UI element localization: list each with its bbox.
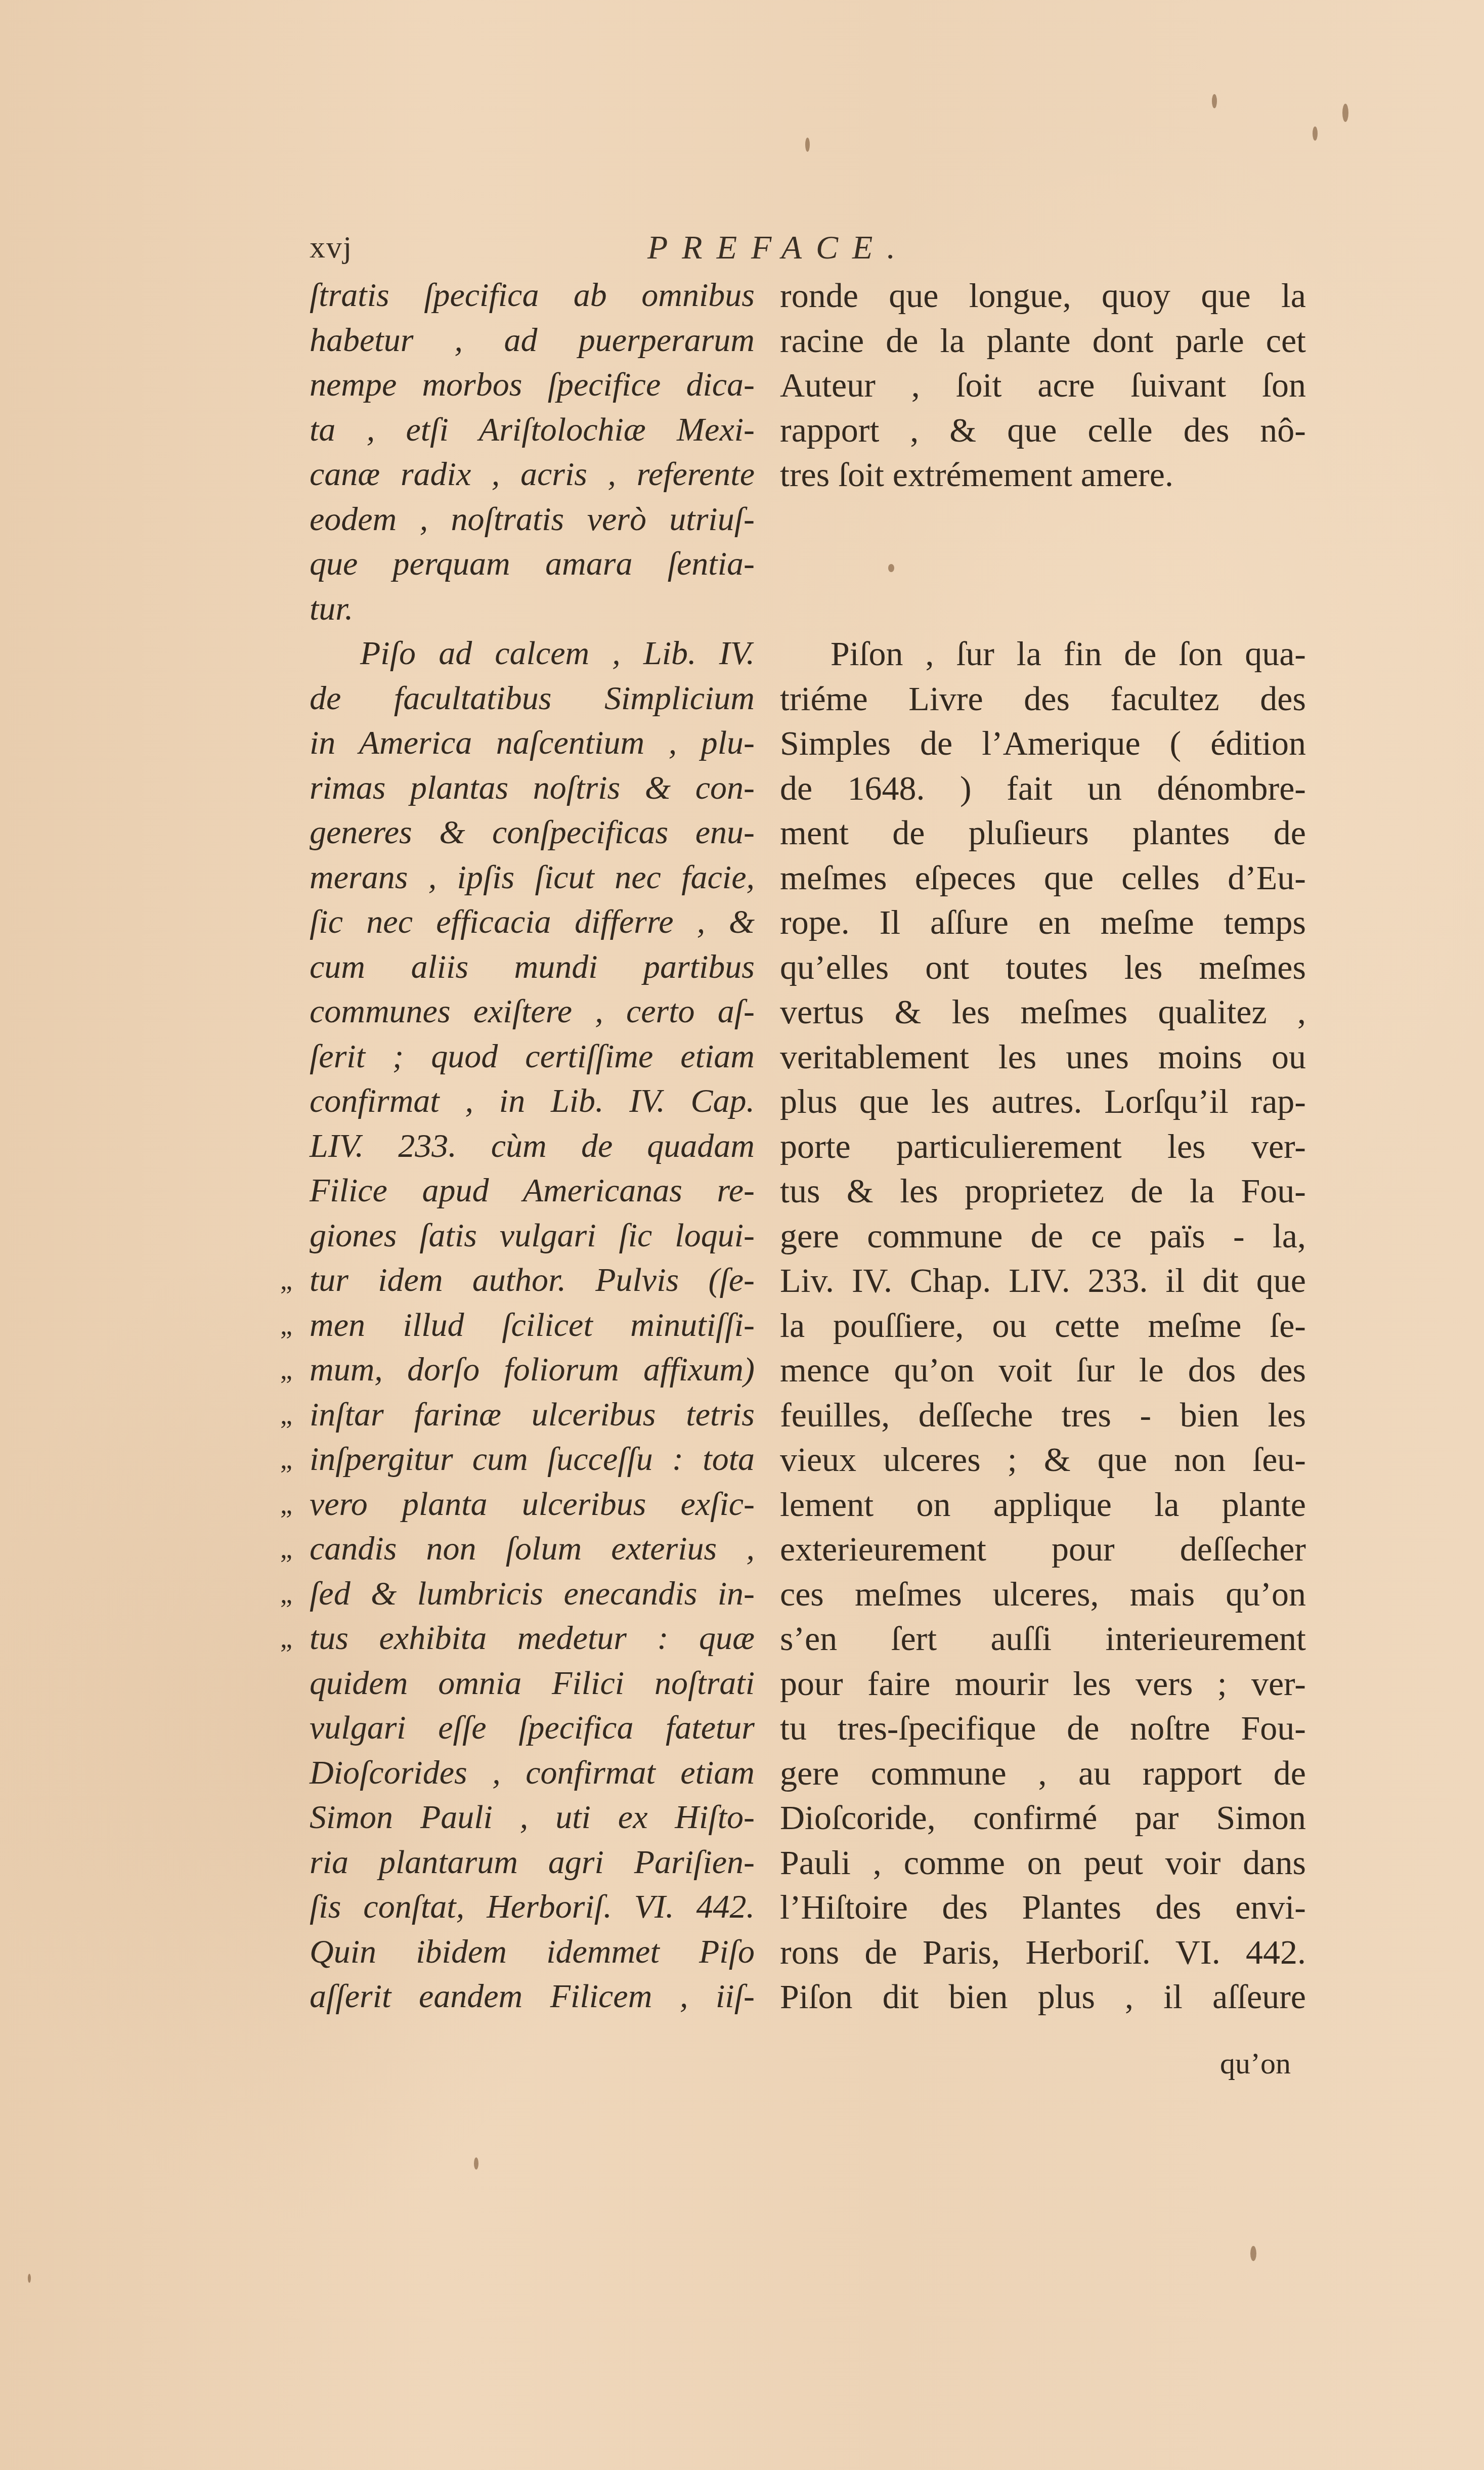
french-text-line: tres ſoit extrémement amere. (780, 452, 1306, 497)
line-text: in America naſcentium , plu- (310, 724, 755, 761)
latin-text-line: habetur , ad puerperarum (310, 318, 755, 363)
foxing-speck (28, 2274, 31, 2283)
latin-text-line: „ſed & lumbricis enecandis in- (310, 1572, 755, 1617)
french-text-line: racine de la plante dont parle cet (780, 318, 1306, 363)
french-text-line: feuilles, deſſeche tres - bien les (780, 1393, 1306, 1438)
line-text: merans , ipſis ſicut nec facie, (310, 859, 755, 896)
line-text: vero planta ulceribus exſic- (310, 1486, 755, 1523)
french-text-line: Piſon , ſur la fin de ſon qua- (780, 631, 1306, 676)
latin-text-line: ſis conſtat, Herboriſ. VI. 442. (310, 1885, 755, 1930)
french-text-line: rons de Paris, Herboriſ. VI. 442. (780, 1930, 1306, 1975)
running-title: PREFACE. (647, 229, 909, 267)
line-text: rimas plantas noſtris & con- (310, 769, 755, 806)
line-text: Simon Pauli , uti ex Hiſto- (310, 1799, 755, 1836)
latin-text-line: aſſerit eandem Filicem , iiſ- (310, 1974, 755, 2019)
line-text: LIV. 233. cùm de quadam (310, 1128, 755, 1164)
latin-text-line: confirmat , in Lib. IV. Cap. (310, 1079, 755, 1124)
latin-text-line: Piſo ad calcem , Lib. IV. (310, 631, 755, 676)
foxing-speck (1250, 2246, 1256, 2261)
french-text-line: ronde que longue, quoy que la (780, 273, 1306, 318)
line-text: ria plantarum agri Pariſien- (310, 1844, 755, 1881)
latin-text-line: Quin ibidem idemmet Piſo (310, 1930, 755, 1975)
french-text-line: meſmes eſpeces que celles d’Eu- (780, 855, 1306, 900)
line-text: ſic nec efficacia differre , & (310, 903, 755, 940)
latin-text-line: canæ radix , acris , referente (310, 452, 755, 497)
latin-text-line: ſic nec efficacia differre , & (310, 900, 755, 945)
latin-text-line: quidem omnia Filici noſtrati (310, 1661, 755, 1706)
line-text: ſtratis ſpecifica ab omnibus (310, 277, 755, 314)
french-text-line: tus & les proprietez de la Fou- (780, 1168, 1306, 1214)
latin-text-line: „inſpergitur cum ſucceſſu : tota (310, 1437, 755, 1482)
line-text: tus exhibita medetur : quæ (310, 1620, 755, 1657)
french-text-line: veritablement les unes moins ou (780, 1034, 1306, 1079)
latin-text-line: „tur idem author. Pulvis (ſe- (310, 1258, 755, 1303)
french-text-line: de 1648. ) fait un dénombre- (780, 766, 1306, 811)
latin-text-line: LIV. 233. cùm de quadam (310, 1124, 755, 1169)
french-text-line: Simples de l’Amerique ( édition (780, 721, 1306, 766)
latin-text-line: ſtratis ſpecifica ab omnibus (310, 273, 755, 318)
latin-text-line: communes exiſtere , certo aſ- (310, 989, 755, 1034)
quotation-mark: „ (280, 1437, 292, 1482)
quotation-mark: „ (280, 1348, 292, 1393)
french-text-line: exterieurement pour deſſecher (780, 1527, 1306, 1572)
foxing-speck (1313, 126, 1318, 141)
latin-text-line: ſerit ; quod certiſſime etiam (310, 1034, 755, 1079)
latin-text-line: de facultatibus Simplicium (310, 676, 755, 721)
latin-column: ſtratis ſpecifica ab omnibushabetur , ad… (310, 273, 755, 2019)
quotation-mark: „ (280, 1482, 292, 1527)
latin-text-line: „tus exhibita medetur : quæ (310, 1616, 755, 1661)
latin-text-line: „mum, dorſo foliorum affixum) (310, 1348, 755, 1393)
latin-text-line: rimas plantas noſtris & con- (310, 766, 755, 811)
french-text-line: porte particulierement les ver- (780, 1124, 1306, 1169)
french-text-line: vieux ulceres ; & que non ſeu- (780, 1437, 1306, 1482)
french-text-line: ment de pluſieurs plantes de (780, 810, 1306, 855)
french-text-line: vertus & les meſmes qualitez , (780, 989, 1306, 1034)
latin-text-line: merans , ipſis ſicut nec facie, (310, 855, 755, 900)
latin-text-line: „vero planta ulceribus exſic- (310, 1482, 755, 1527)
line-text: ſis conſtat, Herboriſ. VI. 442. (310, 1888, 755, 1925)
line-text: candis non ſolum exterius , (310, 1530, 755, 1567)
book-page: xvj PREFACE. ſtratis ſpecifica ab omnibu… (0, 0, 1484, 2470)
line-text: aſſerit eandem Filicem , iiſ- (310, 1978, 755, 2015)
french-text-line: gere commune de ce païs - la, (780, 1214, 1306, 1259)
line-text: Quin ibidem idemmet Piſo (310, 1933, 755, 1970)
line-text: quidem omnia Filici noſtrati (310, 1665, 755, 1702)
latin-text-line: Filice apud Americanas re- (310, 1168, 755, 1214)
latin-text-line: generes & conſpecificas enu- (310, 810, 755, 855)
line-text: canæ radix , acris , referente (310, 456, 755, 493)
french-text-line: triéme Livre des facultez des (780, 676, 1306, 721)
latin-text-line: „inſtar farinæ ulceribus tetris (310, 1393, 755, 1438)
line-text: eodem , noſtratis verò utriuſ- (310, 501, 755, 538)
line-text: men illud ſcilicet minutiſſi- (310, 1307, 755, 1344)
line-text: tur idem author. Pulvis (ſe- (310, 1262, 755, 1298)
line-text: de facultatibus Simplicium (310, 680, 755, 717)
french-text-line: lement on applique la plante (780, 1482, 1306, 1527)
french-text-line: gere commune , au rapport de (780, 1751, 1306, 1796)
line-text: inſpergitur cum ſucceſſu : tota (310, 1441, 755, 1478)
french-text-line: pour faire mourir les vers ; ver- (780, 1661, 1306, 1706)
quotation-mark: „ (280, 1393, 292, 1438)
french-text-line: qu’elles ont toutes les meſmes (780, 945, 1306, 990)
line-text: Dioſcorides , confirmat etiam (310, 1754, 755, 1791)
paragraph-gap (780, 542, 1306, 587)
paragraph-gap (780, 497, 1306, 542)
foxing-speck (474, 2157, 478, 2170)
line-text: Filice apud Americanas re- (310, 1172, 755, 1209)
latin-text-line: Simon Pauli , uti ex Hiſto- (310, 1795, 755, 1840)
french-text-line: tu tres-ſpecifique de noſtre Fou- (780, 1706, 1306, 1751)
line-text: cum aliis mundi partibus (310, 948, 755, 985)
quotation-mark: „ (280, 1572, 292, 1617)
page-header: xvj PREFACE. (310, 229, 1311, 269)
quotation-mark: „ (280, 1303, 292, 1348)
french-text-line: Piſon dit bien plus , il aſſeure (780, 1974, 1306, 2019)
catchword: qu’on (1220, 2046, 1291, 2081)
french-text-line: plus que les autres. Lorſqu’il rap- (780, 1079, 1306, 1124)
french-column: ronde que longue, quoy que laracine de l… (780, 273, 1306, 2019)
line-text: ta , etſi Ariſtolochiæ Mexi- (310, 411, 755, 448)
line-text: ſerit ; quod certiſſime etiam (310, 1038, 755, 1075)
french-text-line: Dioſcoride, confirmé par Simon (780, 1795, 1306, 1840)
foxing-speck (805, 138, 810, 152)
latin-text-line: cum aliis mundi partibus (310, 945, 755, 990)
line-text: que perquam amara ſentia- (310, 545, 755, 582)
latin-text-line: in America naſcentium , plu- (310, 721, 755, 766)
french-text-line: Pauli , comme on peut voir dans (780, 1840, 1306, 1885)
line-text: Piſo ad calcem , Lib. IV. (360, 635, 755, 672)
paragraph-gap (780, 587, 1306, 632)
line-text: inſtar farinæ ulceribus tetris (310, 1396, 755, 1433)
latin-text-line: eodem , noſtratis verò utriuſ- (310, 497, 755, 542)
line-text: giones ſatis vulgari ſic loqui- (310, 1217, 755, 1254)
french-text-line: ces meſmes ulceres, mais qu’on (780, 1572, 1306, 1617)
french-text-line: l’Hiſtoire des Plantes des envi- (780, 1885, 1306, 1930)
line-text: mum, dorſo foliorum affixum) (310, 1351, 755, 1388)
latin-text-line: vulgari eſſe ſpecifica fatetur (310, 1706, 755, 1751)
line-text: communes exiſtere , certo aſ- (310, 993, 755, 1030)
line-text: generes & conſpecificas enu- (310, 814, 755, 851)
foxing-speck (1212, 94, 1217, 108)
french-text-line: la pouſſiere, ou cette meſme ſe- (780, 1303, 1306, 1348)
french-text-line: rapport , & que celle des nô- (780, 408, 1306, 453)
foxing-speck (1342, 104, 1348, 122)
french-text-line: rope. Il aſſure en meſme temps (780, 900, 1306, 945)
line-text: nempe morbos ſpecifice dica- (310, 366, 755, 403)
latin-text-line: Dioſcorides , confirmat etiam (310, 1751, 755, 1796)
latin-text-line: que perquam amara ſentia- (310, 542, 755, 587)
latin-text-line: ta , etſi Ariſtolochiæ Mexi- (310, 408, 755, 453)
line-text: vulgari eſſe ſpecifica fatetur (310, 1709, 755, 1746)
line-text: confirmat , in Lib. IV. Cap. (310, 1082, 755, 1119)
quotation-mark: „ (280, 1616, 292, 1661)
line-text: ſed & lumbricis enecandis in- (310, 1575, 755, 1612)
latin-text-line: nempe morbos ſpecifice dica- (310, 363, 755, 408)
quotation-mark: „ (280, 1527, 292, 1572)
french-text-line: Liv. IV. Chap. LIV. 233. il dit que (780, 1258, 1306, 1303)
line-text: tur. (310, 590, 353, 627)
french-text-line: s’en ſert auſſi interieurement (780, 1616, 1306, 1661)
line-text: habetur , ad puerperarum (310, 322, 755, 359)
latin-text-line: tur. (310, 587, 755, 632)
french-text-line: mence qu’on voit ſur le dos des (780, 1348, 1306, 1393)
latin-text-line: ria plantarum agri Pariſien- (310, 1840, 755, 1885)
quotation-mark: „ (280, 1258, 292, 1303)
french-text-line: Auteur , ſoit acre ſuivant ſon (780, 363, 1306, 408)
latin-text-line: giones ſatis vulgari ſic loqui- (310, 1214, 755, 1259)
page-number: xvj (310, 230, 353, 266)
latin-text-line: „candis non ſolum exterius , (310, 1527, 755, 1572)
latin-text-line: „men illud ſcilicet minutiſſi- (310, 1303, 755, 1348)
